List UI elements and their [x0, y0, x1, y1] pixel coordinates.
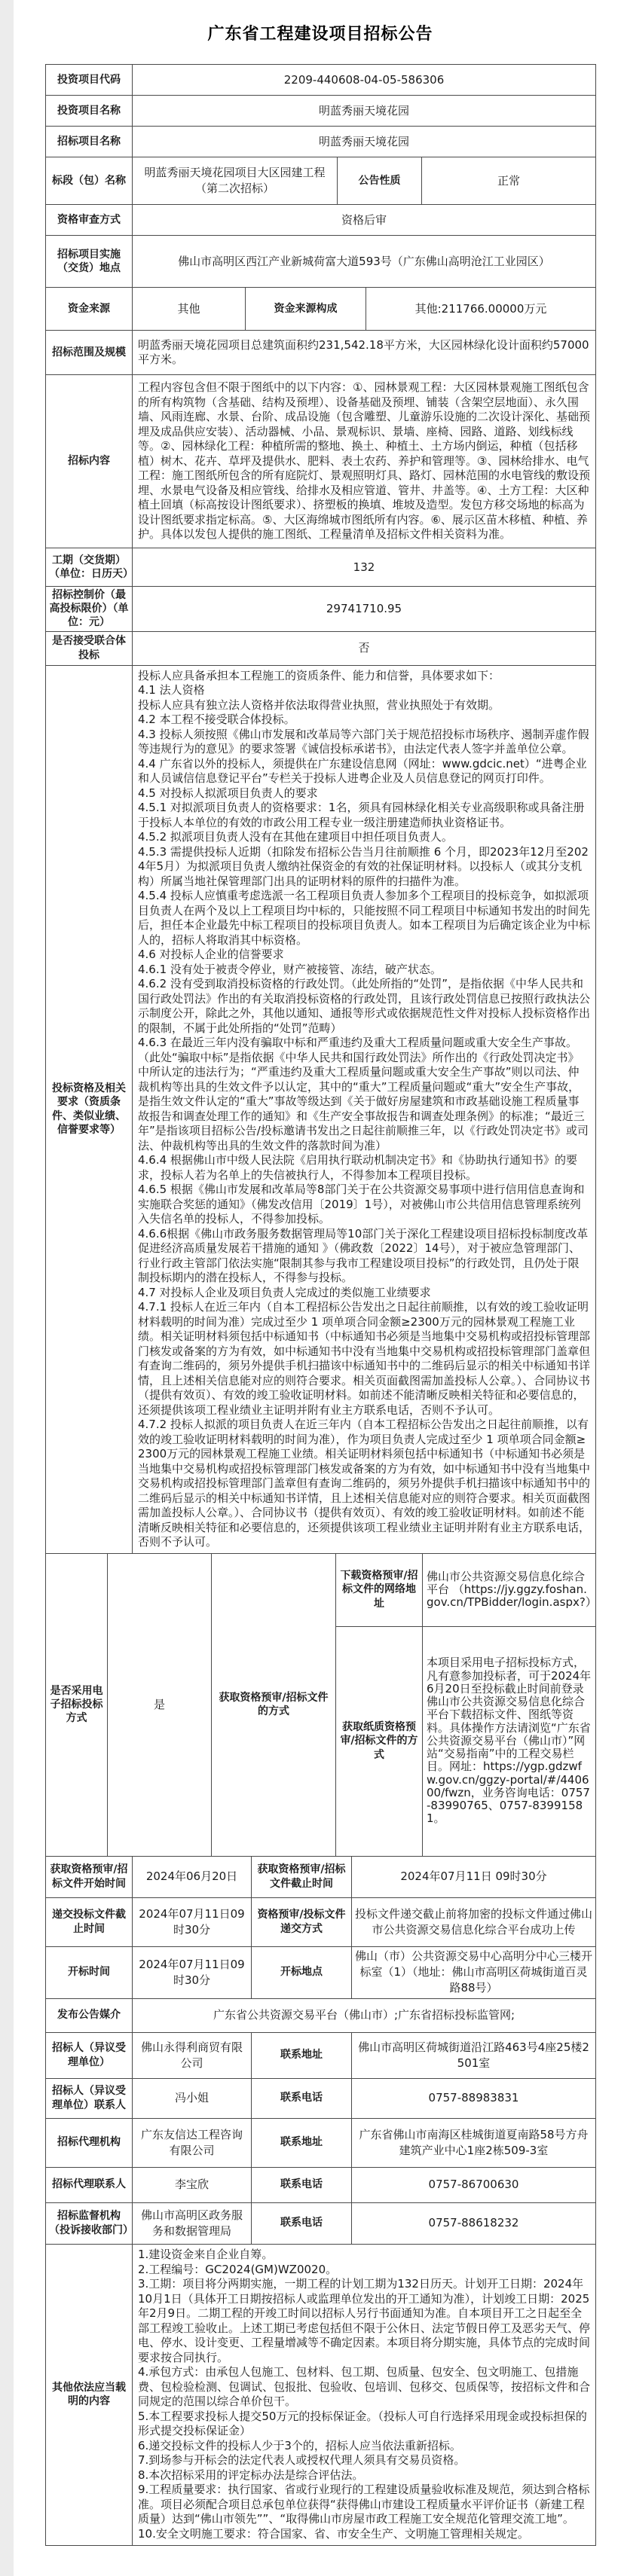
construction-period-label: 工期（交货期）（单位：日历天） [46, 548, 133, 587]
doc-obtain-deadline-label: 获取资格预审/招标文件截止时间 [252, 1856, 352, 1897]
tenderer-value: 佛山永得利商贸有限公司 [133, 2032, 252, 2078]
notice-nature-value: 正常 [422, 157, 596, 205]
doc-obtain-deadline-value: 2024年07月11日 09时30分 [352, 1856, 596, 1897]
agency-phone-value: 0757-86700630 [352, 2167, 596, 2202]
tenderer-phone-value: 0757-88983831 [352, 2078, 596, 2118]
paper-documents-value: 本项目采用电子招标投标方式，凡有意参加投标者，可于2024年6月20日至投标截止… [423, 1626, 596, 1856]
tender-scope-label: 招标范围及规模 [46, 331, 133, 375]
delivery-location-value: 佛山市高明区西江产业新城荷富大道593号（广东佛山高明沧江工业园区） [133, 236, 596, 288]
price-ceiling-label: 招标控制价（最高投标限价）（单位：元） [46, 587, 133, 632]
section-package-name-value: 明蓝秀丽天境花园项目大区园建工程（第二次招标） [133, 157, 338, 205]
other-content-label: 其他依法应当载明的内容 [46, 2244, 133, 2545]
download-url-value: 佛山市公共资源交易信息化综合平台 （https://jy.ggzy.foshan… [423, 1553, 596, 1626]
tenderer-phone-label: 联系电话 [252, 2078, 352, 2118]
construction-period-value: 132 [133, 548, 596, 587]
supervision-phone-value: 0757-88618232 [352, 2202, 596, 2244]
bidder-qualification-value: 投标人应具备承担本工程施工的资质条件、能力和信誉，具体要求如下： 4.1 法人资… [133, 665, 596, 1553]
page-title: 广东省工程建设项目招标公告 [45, 21, 595, 44]
fund-source-value: 其他 [133, 288, 246, 331]
bid-submission-deadline-label: 递交投标文件截止时间 [46, 1897, 133, 1946]
tender-project-name-label: 招标项目名称 [46, 127, 133, 157]
qualification-review-method-label: 资格审查方式 [46, 205, 133, 236]
tenderer-address-label: 联系地址 [252, 2032, 352, 2078]
announcement-media-value: 广东省公共资源交易平台（佛山市）;广东省招标投标监管网; [133, 1998, 596, 2032]
submission-method-label: 资格预审/投标文件递交方式 [252, 1897, 352, 1946]
agency-contact-label: 招标代理联系人 [46, 2167, 133, 2202]
download-url-label: 下载资格预审/招标文件的网络地址 [336, 1553, 423, 1626]
tenderer-contact-label: 招标人（异议受理单位）联系人 [46, 2078, 133, 2118]
doc-obtain-start-value: 2024年06月20日 [133, 1856, 252, 1897]
investment-project-name-value: 明蓝秀丽天境花园 [133, 96, 596, 127]
bid-opening-time-value: 2024年07月11日09时30分 [133, 1946, 252, 1998]
fund-source-label: 资金来源 [46, 288, 133, 331]
price-ceiling-value: 29741710.95 [133, 587, 596, 632]
tenderer-contact-value: 冯小姐 [133, 2078, 252, 2118]
tender-scope-value: 明蓝秀丽天境花园项目总建筑面积约231,542.18平方米，大区园林绿化设计面积… [133, 331, 596, 375]
fund-source-composition-label: 资金来源构成 [246, 288, 366, 331]
announcement-media-label: 发布公告媒介 [46, 1998, 133, 2032]
consortium-bid-value: 否 [133, 631, 596, 665]
agency-value: 广东友信达工程咨询有限公司 [133, 2118, 252, 2167]
investment-project-code-value: 2209-440608-04-05-586306 [133, 65, 596, 96]
bid-opening-place-label: 开标地点 [252, 1946, 352, 1998]
supervision-phone-label: 联系电话 [252, 2202, 352, 2244]
bid-opening-time-label: 开标时间 [46, 1946, 133, 1998]
supervision-authority-label: 招标监督机构（投诉接收部门） [46, 2202, 133, 2244]
paper-documents-label: 获取纸质资格预审/招标文件的方式 [336, 1626, 423, 1856]
agency-address-label: 联系地址 [252, 2118, 352, 2167]
investment-project-name-label: 投资项目名称 [46, 96, 133, 127]
fund-source-composition-value: 其他:211766.00000万元 [366, 288, 596, 331]
other-content-value: 1.建设资金来自企业自筹。 2.工程编号：GC2024(GM)WZ0020。 3… [133, 2244, 596, 2545]
agency-address-value: 广东省佛山市南海区桂城街道夏南路58号方舟建筑产业中心1座2栋509-3室 [352, 2118, 596, 2167]
consortium-bid-label: 是否接受联合体投标 [46, 631, 133, 665]
supervision-authority-value: 佛山市高明区政务服务和数据管理局 [133, 2202, 252, 2244]
delivery-location-label: 招标项目实施（交货）地点 [46, 236, 133, 288]
announcement-sheet: 广东省工程建设项目招标公告 投资项目代码2209-440608-04-05-58… [14, 0, 624, 2576]
section-package-name-label: 标段（包）名称 [46, 157, 133, 205]
e-bidding-label: 是否采用电子招标投标方式 [46, 1553, 108, 1856]
agency-contact-value: 李宝欣 [133, 2167, 252, 2202]
tenderer-label: 招标人（异议受理单位） [46, 2032, 133, 2078]
notice-nature-label: 公告性质 [338, 157, 422, 205]
bid-submission-deadline-value: 2024年07月11日09时30分 [133, 1897, 252, 1946]
bidder-qualification-label: 投标资格及相关要求（资质条件、类似业绩、信誉要求等） [46, 665, 133, 1553]
investment-project-code-label: 投资项目代码 [46, 65, 133, 96]
agency-phone-label: 联系电话 [252, 2167, 352, 2202]
tender-content-value: 工程内容包含但不限于图纸中的以下内容：①、园林景观工程：大区园林景观施工图纸包含… [133, 375, 596, 548]
tenderer-address-value: 佛山市高明区荷城街道沿江路463号4座25楼2501室 [352, 2032, 596, 2078]
submission-method-value: 投标文件递交截止前将加密的投标文件通过佛山市公共资源交易信息化综合平台成功上传 [352, 1897, 596, 1946]
tender-project-name-value: 明蓝秀丽天境花园 [133, 127, 596, 157]
tender-content-label: 招标内容 [46, 375, 133, 548]
bid-opening-place-value: 佛山（市）公共资源交易中心高明分中心三楼开标室（1）（地址：佛山市高明区荷城街道… [352, 1946, 596, 1998]
agency-label: 招标代理机构 [46, 2118, 133, 2167]
announcement-table: 投资项目代码2209-440608-04-05-586306投资项目名称明蓝秀丽… [45, 64, 595, 2546]
obtain-documents-method-label: 获取资格预审/招标文件的方式 [212, 1553, 336, 1856]
e-bidding-value: 是 [108, 1553, 212, 1856]
doc-obtain-start-label: 获取资格预审/招标文件开始时间 [46, 1856, 133, 1897]
qualification-review-method-value: 资格后审 [133, 205, 596, 236]
